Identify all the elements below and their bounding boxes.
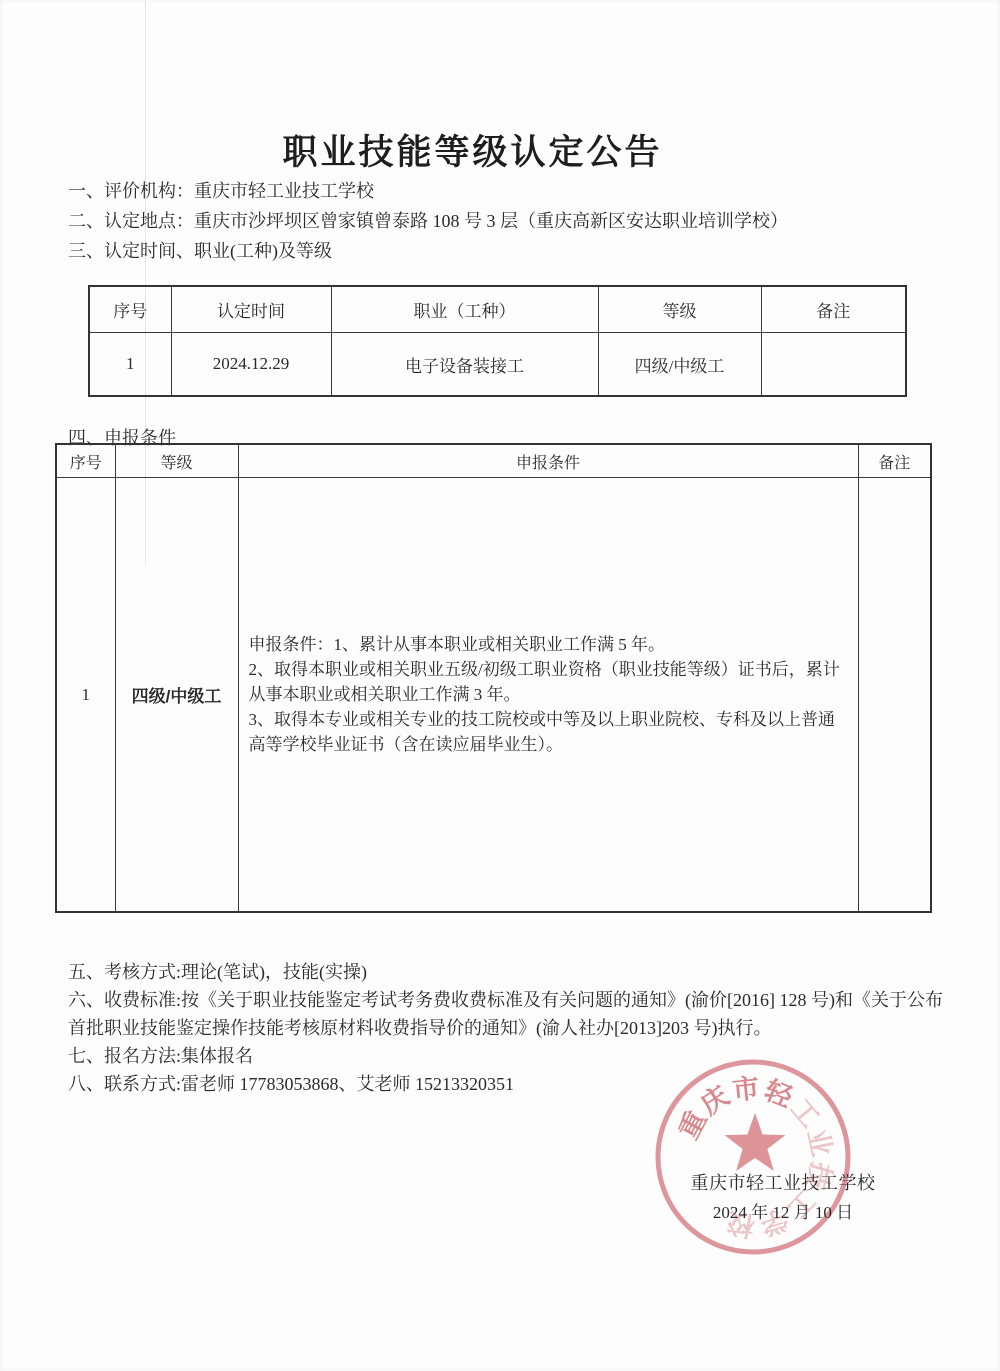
cell-level: 四级/中级工 [598,333,761,397]
star-icon [725,1113,786,1171]
cell-conditions: 申报条件：1、累计从事本职业或相关职业工作满 5 年。 2、取得本职业或相关职业… [238,478,858,913]
schedule-header-row: 序号 认定时间 职业（工种） 等级 备注 [89,286,906,333]
item-location: 二、认定地点：重庆市沙坪坝区曾家镇曾泰路 108 号 3 层（重庆高新区安达职业… [68,206,948,236]
schedule-data-row: 1 2024.12.29 电子设备装接工 四级/中级工 [89,333,906,397]
cell-seq: 1 [56,478,115,913]
cell-occupation: 电子设备装接工 [331,333,598,397]
cell-remark [858,478,931,913]
conditions-data-row: 1 四级/中级工 申报条件：1、累计从事本职业或相关职业工作满 5 年。 2、取… [56,478,931,913]
col-header-occupation: 职业（工种） [331,286,598,333]
item-evaluation-org: 一、评价机构：重庆市轻工业技工学校 [68,176,948,206]
signature-date: 2024 年 12 月 10 日 [655,1201,911,1225]
col-header-seq: 序号 [56,444,115,478]
seal-character: 工 [785,1093,825,1133]
item-time-occupation: 三、认定时间、职业(工种)及等级 [68,236,948,266]
condition-line-1: 申报条件：1、累计从事本职业或相关职业工作满 5 年。 [249,632,848,657]
cell-remark [761,333,906,397]
seal-character: 业 [802,1127,837,1160]
col-header-conditions: 申报条件 [238,444,858,478]
col-header-seq: 序号 [89,286,171,333]
signature-org: 重庆市轻工业技工学校 [655,1170,911,1196]
official-seal-stamp: 重庆市轻工业技工学校 [645,1045,885,1285]
condition-line-3: 3、取得本专业或相关专业的技工院校或中等及以上职业院校、专科及以上普通高等学校毕… [249,707,848,757]
col-header-level: 等级 [115,444,238,478]
seal-character: 市 [731,1073,761,1106]
signature-block: 重庆市轻工业技工学校 2024 年 12 月 10 日 [655,1170,911,1225]
cell-level: 四级/中级工 [115,478,238,913]
conditions-header-row: 序号 等级 申报条件 备注 [56,444,931,478]
page-title: 职业技能等级认定公告 [0,125,945,175]
col-header-remark: 备注 [858,444,931,478]
item-fee-standard: 六、收费标准:按《关于职业技能鉴定考试考务费收费标准及有关问题的通知》(渝价[2… [68,986,944,1042]
conditions-table: 序号 等级 申报条件 备注 1 四级/中级工 申报条件：1、累计从事本职业或相关… [55,443,932,913]
cell-date: 2024.12.29 [171,333,331,397]
schedule-table: 序号 认定时间 职业（工种） 等级 备注 1 2024.12.29 电子设备装接… [88,285,907,397]
document-page: 职业技能等级认定公告 一、评价机构：重庆市轻工业技工学校 二、认定地点：重庆市沙… [0,0,1000,1371]
col-header-remark: 备注 [761,286,906,333]
col-header-level: 等级 [598,286,761,333]
item-assessment-method: 五、考核方式:理论(笔试)，技能(实操) [68,958,944,986]
col-header-date: 认定时间 [171,286,331,333]
intro-list: 一、评价机构：重庆市轻工业技工学校 二、认定地点：重庆市沙坪坝区曾家镇曾泰路 1… [68,176,948,266]
cell-seq: 1 [89,333,171,397]
condition-line-2: 2、取得本职业或相关职业五级/初级工职业资格（职业技能等级）证书后，累计从事本职… [249,657,848,707]
